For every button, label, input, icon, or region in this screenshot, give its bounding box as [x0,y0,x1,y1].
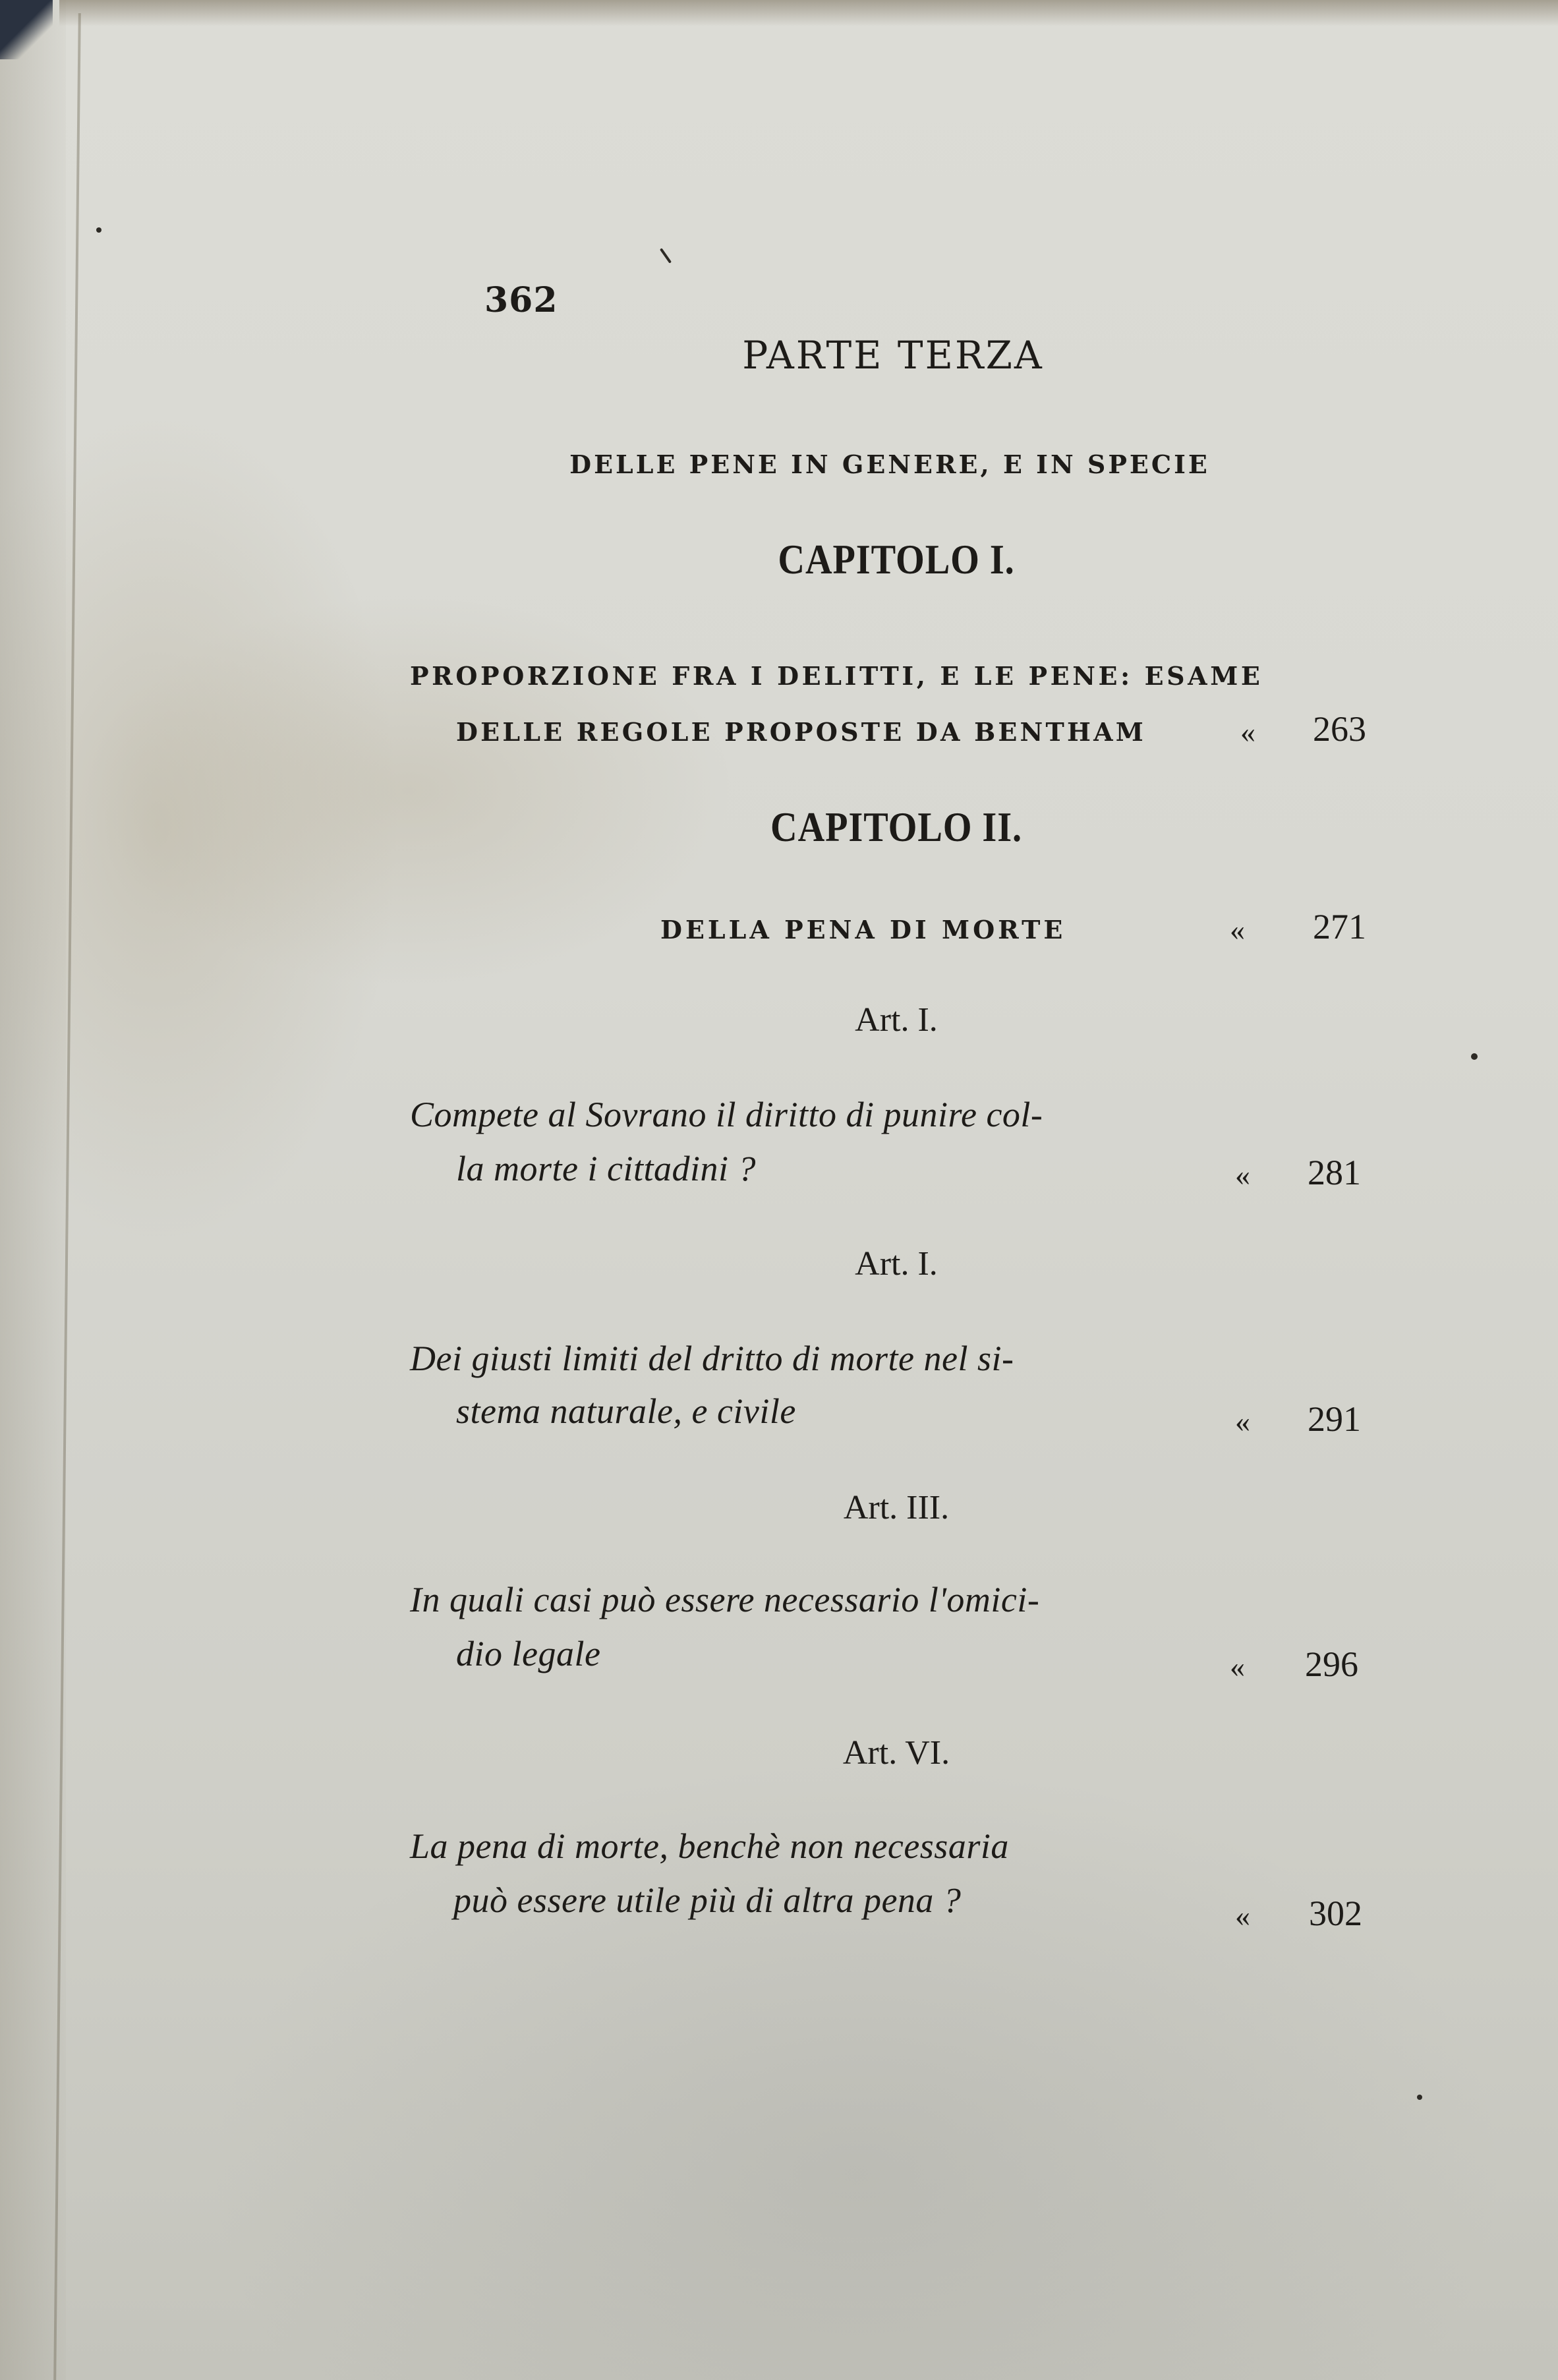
chapter-1-heading: CAPITOLO I. [107,535,1558,584]
article-2-page-ref[interactable]: 291 [1308,1399,1361,1439]
article-1-heading: Art. I. [0,1001,1558,1039]
article-2-heading: Art. I. [0,1244,1558,1283]
article-2-line-1: Dei giusti limiti del dritto di morte ne… [410,1338,1014,1379]
paper-speck [96,227,101,233]
paper-speck [1471,1053,1478,1060]
article-3-line-2: dio legale [456,1633,600,1674]
article-3-guillemet: « [1230,1649,1245,1684]
article-1-line-2: la morte i cittadini ? [456,1148,756,1189]
article-3-heading: Art. III. [0,1488,1558,1527]
chapter-1-entry-line-2: DELLE REGOLE PROPOSTE DA BENTHAM [456,717,1146,747]
article-2-guillemet: « [1235,1404,1250,1439]
chapter-2-guillemet: « [1230,912,1245,947]
part-title: PARTE TERZA [0,333,1558,378]
article-1-line-1: Compete al Sovrano il diritto di punire … [410,1094,1043,1135]
article-3-line-1: In quali casi può essere necessario l'om… [410,1579,1039,1620]
page-number: 362 [484,280,558,320]
chapter-1-entry-line-1: PROPORZIONE FRA I DELITTI, E LE PENE: ES… [410,661,1263,691]
article-4-guillemet: « [1235,1898,1250,1933]
article-1-guillemet: « [1235,1157,1250,1192]
article-3-page-ref[interactable]: 296 [1305,1644,1358,1685]
article-4-line-2: può essere utile più di altra pena ? [453,1880,961,1921]
chapter-1-guillemet: « [1240,714,1255,749]
chapter-2-entry-line-1: DELLA PENA DI MORTE [660,915,1066,944]
article-4-page-ref[interactable]: 302 [1309,1893,1362,1934]
article-4-heading: Art. VI. [0,1733,1558,1772]
part-subtitle: DELLE PENE IN GENERE, E IN SPECIE [0,450,1558,479]
article-2-line-2: stema naturale, e civile [456,1391,796,1432]
chapter-1-page-ref[interactable]: 263 [1313,709,1366,749]
article-1-page-ref[interactable]: 281 [1308,1152,1361,1193]
paper-speck [660,248,672,264]
chapter-2-page-ref[interactable]: 271 [1313,906,1366,947]
paper-speck [1417,2095,1422,2100]
index-page: 362 PARTE TERZA DELLE PENE IN GENERE, E … [0,0,1558,2380]
article-4-line-1: La pena di morte, benchè non necessaria [410,1826,1009,1867]
chapter-2-heading: CAPITOLO II. [107,803,1558,852]
